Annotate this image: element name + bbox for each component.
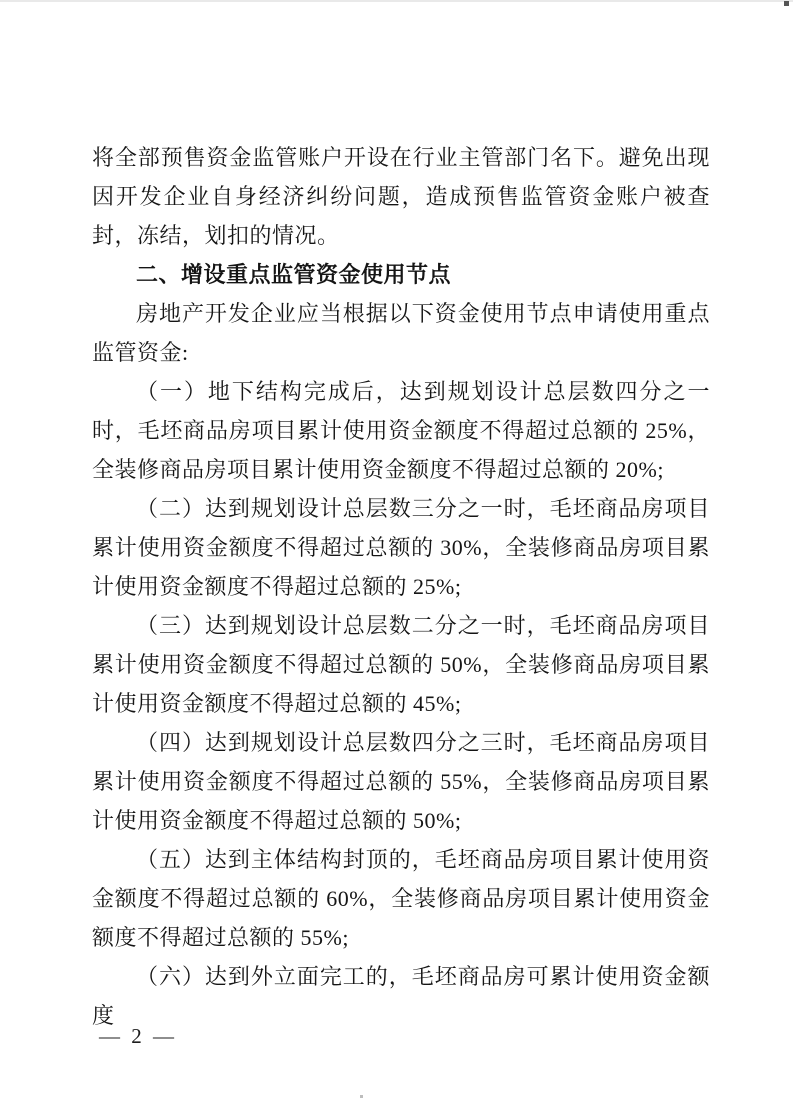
paragraph-intro: 房地产开发企业应当根据以下资金使用节点申请使用重点监管资金: [92,294,710,372]
paragraph-continuation: 将全部预售资金监管账户开设在行业主管部门名下。避免出现因开发企业自身经济纠纷问题… [92,138,710,255]
list-item-2: （二）达到规划设计总层数三分之一时，毛坯商品房项目累计使用资金额度不得超过总额的… [92,489,710,606]
list-item-1: （一）地下结构完成后，达到规划设计总层数四分之一时，毛坯商品房项目累计使用资金额… [92,372,710,489]
list-item-6: （六）达到外立面完工的，毛坯商品房可累计使用资金额度 [92,957,710,1035]
list-item-5: （五）达到主体结构封顶的，毛坯商品房项目累计使用资金额度不得超过总额的 60%，… [92,840,710,957]
list-item-4: （四）达到规划设计总层数四分之三时，毛坯商品房项目累计使用资金额度不得超过总额的… [92,723,710,840]
section-heading: 二、增设重点监管资金使用节点 [92,255,710,294]
scan-edge-artifact [0,0,793,2]
page-number: — 2 — [99,1024,177,1049]
document-text-block: 将全部预售资金监管账户开设在行业主管部门名下。避免出现因开发企业自身经济纠纷问题… [92,138,710,1035]
scan-speck-artifact [784,1,789,6]
list-item-3: （三）达到规划设计总层数二分之一时，毛坯商品房项目累计使用资金额度不得超过总额的… [92,606,710,723]
scan-speck-artifact [360,1095,363,1098]
document-page: 将全部预售资金监管账户开设在行业主管部门名下。避免出现因开发企业自身经济纠纷问题… [0,0,793,1114]
